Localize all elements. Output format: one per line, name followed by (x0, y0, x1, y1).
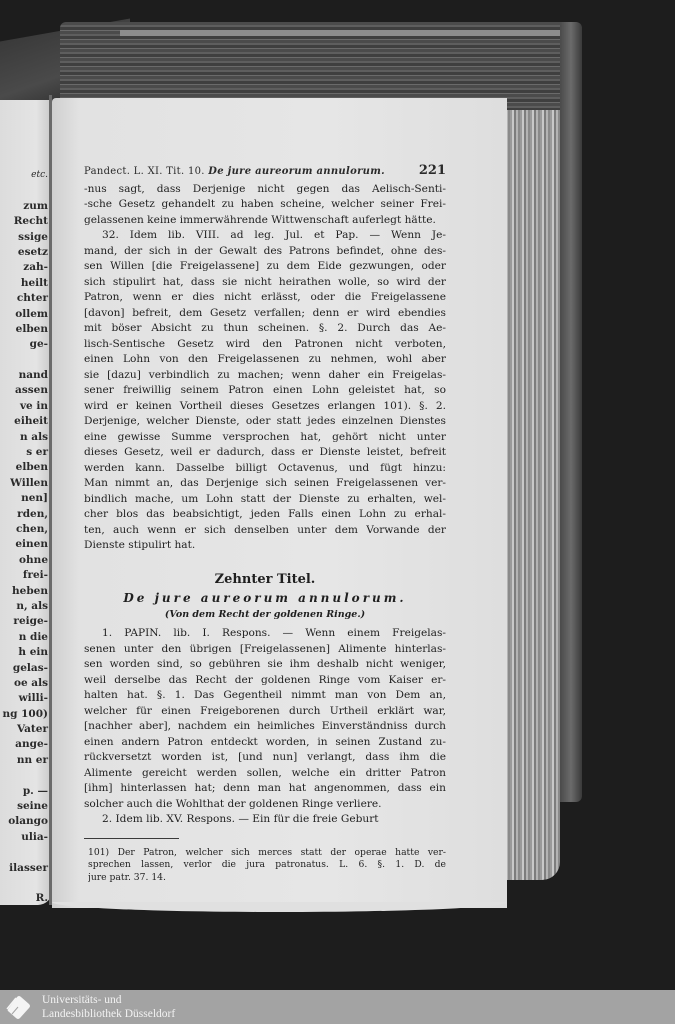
left-page-fragment: elben (0, 460, 48, 475)
left-page-fragment: etc. (0, 168, 48, 183)
left-page-fragment (0, 353, 48, 368)
left-page-fragment: s er (0, 445, 48, 460)
text-line: rückversetzt worden ist, [und nun] verla… (84, 750, 446, 766)
left-page-fragment: n die (0, 630, 48, 645)
text-line: weil derselbe das Recht der goldenen Rin… (84, 673, 446, 689)
header-left: Pandect. L. XI. Tit. 10. De jure aureoru… (84, 164, 385, 180)
library-name: Universitäts- und Landesbibliothek Düsse… (42, 993, 175, 1021)
body-text-before-title: -nus sagt, dass Derjenige nicht gegen da… (84, 182, 446, 554)
left-page-fragment: elben (0, 322, 48, 337)
text-line: sie [dazu] verbindlich zu machen; wenn d… (84, 368, 446, 384)
left-page-fragment: p. — (0, 784, 48, 799)
running-header: Pandect. L. XI. Tit. 10. De jure aureoru… (84, 163, 446, 180)
text-line: 32. Idem lib. VIII. ad leg. Jul. et Pap.… (84, 228, 446, 244)
text-line: wird er keinen Vortheil dieses Gesetzes … (84, 399, 446, 415)
left-page-fragment (0, 768, 48, 783)
left-page-fragment: Vater (0, 722, 48, 737)
left-page-fragment: esetz (0, 245, 48, 260)
left-page-fragment: ve in (0, 399, 48, 414)
text-line: welcher für einen Freigeborenen durch Ur… (84, 704, 446, 720)
text-line: ten, auch wenn er sich denselben unter d… (84, 523, 446, 539)
text-line: einen Lohn von den Freigelassenen zu neh… (84, 352, 446, 368)
left-page-fragment: h ein (0, 645, 48, 660)
left-page-fragment: eiheit (0, 414, 48, 429)
left-page-fragment: R. (0, 891, 48, 905)
left-page-fragment: ilasser (0, 861, 48, 876)
book-cover-right (560, 22, 582, 802)
left-page-fragment: olango (0, 814, 48, 829)
page-text: Pandect. L. XI. Tit. 10. De jure aureoru… (84, 163, 446, 884)
left-page-fragment: gelas- (0, 661, 48, 676)
left-page-fragment: seine (0, 799, 48, 814)
section-subtitle: De jure aureorum annulorum. (84, 591, 446, 607)
footnote-rule (84, 838, 179, 839)
left-page-fragment: zah- (0, 260, 48, 275)
text-line: Man nimmt an, das Derjenige sich seinen … (84, 476, 446, 492)
header-title: De jure aureorum annulorum. (208, 166, 385, 177)
left-page-fragment: ohne (0, 553, 48, 568)
left-page-fragment: willi- (0, 691, 48, 706)
text-line: sen worden sind, so gebühren sie ihm des… (84, 657, 446, 673)
section-subtitle-translation: (Von dem Recht der goldenen Ringe.) (84, 607, 446, 623)
left-page-fragment: ange- (0, 737, 48, 752)
text-line: werden kann. Dasselbe billigt Octavenus,… (84, 461, 446, 477)
text-line: sich stipulirt hat, dass sie nicht heira… (84, 275, 446, 291)
left-page-fragment: nen] (0, 491, 48, 506)
left-page-fragment: reige- (0, 614, 48, 629)
text-line: 101) Der Patron, welcher sich merces sta… (88, 847, 446, 860)
left-page-fragment: ssige (0, 230, 48, 245)
library-logo-icon (5, 994, 32, 1020)
left-page-fragment: n als (0, 430, 48, 445)
left-page-fragment: ge- (0, 337, 48, 352)
left-page-fragment: chter (0, 291, 48, 306)
text-line: sener freiwillig seinem Patron einen Loh… (84, 383, 446, 399)
text-line: gelassenen keine immerwährende Wittwensc… (84, 213, 446, 229)
section-title: Zehnter Titel. (84, 572, 446, 588)
text-line: sprechen lassen, verlor die jura patrona… (88, 859, 446, 872)
left-page-fragment: oe als (0, 676, 48, 691)
library-name-line2: Landesbibliothek Düsseldorf (42, 1007, 175, 1021)
text-line: dieses Gesetz, weil er dadurch, dass er … (84, 445, 446, 461)
left-page-fragment: frei- (0, 568, 48, 583)
left-page-fragment (0, 876, 48, 891)
text-line: Patron, wenn er dies nicht erlässt, oder… (84, 290, 446, 306)
library-footer-bar: Universitäts- und Landesbibliothek Düsse… (0, 990, 675, 1024)
text-line: [ihm] hinterlassen hat; denn man hat ang… (84, 781, 446, 797)
text-line: lisch-Sentische Gesetz wird den Patronen… (84, 337, 446, 353)
text-line: einen andern Patron entdeckt worden, in … (84, 735, 446, 751)
left-page-fragment: Recht (0, 214, 48, 229)
text-line: cher blos das beabsichtigt, jeden Falls … (84, 507, 446, 523)
text-line: [davon] befreit, dem Gesetz verfallen; d… (84, 306, 446, 322)
text-line: bindlich mache, um Lohn statt der Dienst… (84, 492, 446, 508)
body-text-after-title: 1. PAPIN. lib. I. Respons. — Wenn einem … (84, 626, 446, 828)
text-line: senen unter den übrigen [Freigelassenen]… (84, 642, 446, 658)
left-page-fragment: ng 100) (0, 707, 48, 722)
left-page-text-fragments: etc.zumRechtssigeesetzzah-heiltchterolle… (0, 168, 48, 905)
text-line: sen Willen [die Freigelassene] zu dem Ei… (84, 259, 446, 275)
footnotes: 101) Der Patron, welcher sich merces sta… (84, 847, 446, 885)
left-page-fragment: ollem (0, 307, 48, 322)
left-page-fragment: nand (0, 368, 48, 383)
left-page-fragment: einen (0, 537, 48, 552)
left-page: etc.zumRechtssigeesetzzah-heiltchterolle… (0, 100, 52, 905)
left-page-fragment: rden, (0, 507, 48, 522)
left-page-fragment (0, 183, 48, 198)
text-line: 1. PAPIN. lib. I. Respons. — Wenn einem … (84, 626, 446, 642)
text-line: solcher auch die Wohlthat der goldenen R… (84, 797, 446, 813)
text-line: halten hat. §. 1. Das Gegentheil nimmt m… (84, 688, 446, 704)
left-page-fragment: zum (0, 199, 48, 214)
left-page-fragment: ulia- (0, 830, 48, 845)
text-line: mand, der sich in der Gewalt des Patrons… (84, 244, 446, 260)
left-page-fragment: Willen (0, 476, 48, 491)
book-scan: etc.zumRechtssigeesetzzah-heiltchterolle… (0, 0, 675, 990)
text-line: Alimente gereicht werden sollen, welche … (84, 766, 446, 782)
left-page-fragment: heilt (0, 276, 48, 291)
text-line: 2. Idem lib. XV. Respons. — Ein für die … (84, 812, 446, 828)
text-line: Derjenige, welcher Dienste, oder statt j… (84, 414, 446, 430)
text-line: Dienste stipulirt hat. (84, 538, 446, 554)
text-line: -nus sagt, dass Derjenige nicht gegen da… (84, 182, 446, 198)
left-page-fragment: chen, (0, 522, 48, 537)
text-line: -sche Gesetz gehandelt zu haben scheine,… (84, 197, 446, 213)
left-page-fragment (0, 845, 48, 860)
text-line: eine gewisse Summe versprochen hat, gehö… (84, 430, 446, 446)
header-reference: Pandect. L. XI. Tit. 10. (84, 166, 205, 177)
library-name-line1: Universitäts- und (42, 993, 175, 1007)
text-line: [nachher aber], nachdem ein heimliches E… (84, 719, 446, 735)
left-page-fragment: assen (0, 383, 48, 398)
text-line: mit böser Absicht zu thun scheinen. §. 2… (84, 321, 446, 337)
left-page-fragment: nn er (0, 753, 48, 768)
left-page-fragment: heben (0, 584, 48, 599)
text-line: jure patr. 37. 14. (88, 872, 446, 885)
page-number: 221 (419, 163, 446, 179)
left-page-fragment: n, als (0, 599, 48, 614)
